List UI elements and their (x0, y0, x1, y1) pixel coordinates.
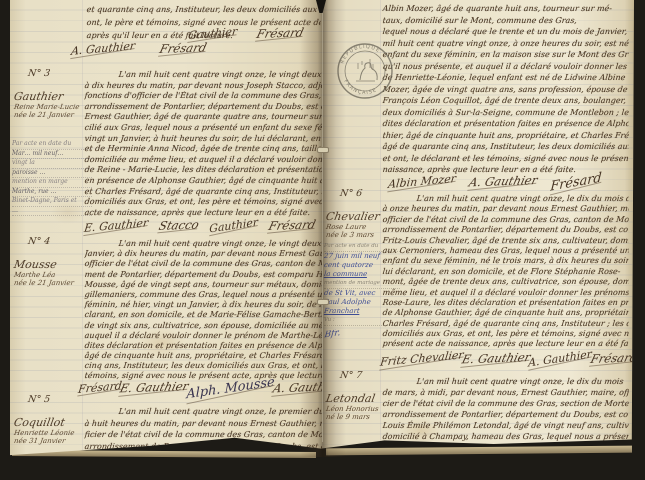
act-3-text: L'an mil huit cent quatre vingt onze, le… (84, 70, 322, 218)
stamp-text-line: mention en marge (12, 178, 92, 188)
signature: Fritz Chevalier (379, 348, 464, 370)
handwriting-line: officier de l'état civil de la commune d… (84, 259, 323, 269)
handwriting-line: domiciliés aux Gras, et ont, les père et… (84, 197, 323, 208)
act-4-text: L'an mil huit cent quatre vingt onze, le… (84, 239, 322, 382)
handwriting-line: aux Cernoniers, hameau des Gras, lequel … (382, 246, 629, 256)
handwriting-line: ment de Pontarlier, département du Doubs… (84, 270, 323, 280)
handwriting-line: officier de l'état civil de la commune d… (382, 215, 629, 225)
act-birth-date: né le 9 mars (325, 413, 394, 421)
signature: Frésard (550, 170, 602, 195)
signatures-row: A. GauthierFrésard (58, 42, 218, 56)
signature: E. Gauthier (83, 216, 149, 236)
handwriting-line: de Reine - Marie-Lucie, les dites déclar… (84, 165, 323, 176)
act-given-name: Léon Honorius (325, 405, 394, 413)
act-6-signatures: Fritz ChevalierE. GauthierA. GauthierFré… (380, 352, 626, 366)
handwriting-line: à dix heures du matin, par devant nous J… (84, 81, 323, 92)
stamp-figure (356, 59, 377, 81)
handwriting-line: à onze heures du matin, par devant nous … (382, 204, 629, 214)
annotation-line: de St Vit, avec (324, 289, 401, 298)
binding-thread (317, 147, 329, 153)
handwriting-line: cier de l'état civil de la commune des G… (382, 398, 629, 409)
handwriting-line: arrondissement de Pontarlier, départemen… (382, 409, 629, 420)
act-birth-date: née le 3 mars (325, 231, 394, 239)
handwriting-line: enfant du sexe féminin, en la maison sis… (382, 49, 629, 61)
handwriting-line: L'an mil huit cent quatre vingt onze, le… (84, 239, 323, 249)
stamp-text-line: Marthe, rue … (12, 188, 92, 198)
signature: A. Gauthier (528, 347, 592, 370)
handwriting-line: deux domiciliés à Sur-la-Seigne, commune… (382, 107, 629, 119)
act-given-name: Marthe Léa (13, 271, 82, 279)
page-stack-edge-right (326, 446, 632, 456)
signature: Frésard (267, 218, 317, 235)
stamp-rim-text-top: RÉPUBLIQUE (339, 44, 381, 65)
act-surname: Letondal (325, 392, 395, 405)
handwriting-line: François Léon Coquillot, âgé de trente d… (382, 95, 629, 107)
spine-crease (322, 8, 323, 442)
handwriting-line: auquel il a déclaré vouloir donner le pr… (84, 331, 323, 341)
binding-thread (317, 299, 329, 305)
margin-label-act-6: N° 6 Chevalier Rose Laure née le 3 mars (326, 188, 394, 239)
handwriting-line: qu'il nous présente, et auquel il a décl… (382, 61, 629, 73)
act-number: N° 5 (13, 394, 83, 405)
margin-label-act-5: N° 5 Coquillot Henriette Léonie née 31 J… (14, 394, 82, 445)
handwriting-line: ficier de l'état civil de la commune des… (84, 429, 323, 441)
handwriting-line: mil huit cent quatre vingt onze, à onze … (382, 38, 629, 50)
act-given-name: Reine Marie-Lucie (13, 103, 82, 111)
act-3-signatures: E. GauthierStaccoGauthierFrésard (78, 219, 320, 233)
annotation-line: la commune (324, 270, 401, 279)
stamp-text-line: paroisse … (12, 169, 92, 179)
handwriting-line: et ont, le déclarant et les témoins, sig… (382, 153, 629, 165)
handwriting-line: Janvier, à dix heures du matin, par deva… (84, 249, 323, 259)
handwriting-line: thier, âgé de cinquante huit ans, propri… (382, 130, 629, 142)
signature: Frésard (589, 351, 639, 368)
handwriting-line: taux, domicilié sur le Mont, commune des… (382, 15, 629, 27)
handwriting-line: Ernest Gauthier, âgé de quarante quatre … (84, 112, 323, 123)
annotation-line: Par acte en date du (324, 242, 400, 252)
act-number: N° 7 (325, 370, 395, 381)
marriage-mention-stamp: Par acte en date duMar… mil neuf…vingt l… (12, 140, 92, 216)
handwriting-line: dites déclaration et présentation faites… (84, 341, 323, 351)
act-5-signatures: Albin MozerA. GauthierFrésard (380, 175, 610, 191)
signature: Stacco (157, 218, 200, 234)
handwriting-line: L'an mil huit cent quatre vingt onze, le… (382, 194, 629, 204)
handwriting-line: âgé de quarante cinq ans, Instituteur, l… (382, 141, 629, 153)
marriage-mention-annotation: Par acte en date du27 juin mil neufcent … (324, 242, 400, 335)
signature: Frésard (77, 379, 122, 397)
handwriting-line: clarant, en son domicile, et de Marie-Fé… (84, 310, 323, 320)
handwriting-line: et Charles Frésard, âgé de quarante cinq… (84, 187, 323, 198)
stamp-text-line: Binet-Dagne, Paris et (12, 197, 92, 207)
act-number: N° 4 (13, 236, 83, 247)
handwriting-line: fonctions d'officier de l'État civil de … (84, 91, 323, 102)
handwriting-line: de Alphonse Gauthier, âgé de cinquante h… (382, 308, 629, 318)
right-page: RÉPUBLIQUE FRANÇAISE Albin Mozer, âgé de… (322, 0, 634, 454)
signature: E. Gauthier (118, 379, 190, 396)
handwriting-line: domiciliés aux Gras, et ont, les père et… (382, 329, 629, 339)
act-7-text: L'an mil huit cent quatre vingt onze, le… (382, 376, 628, 453)
handwriting-line: lui déclarant, en son domicile, et de Fl… (382, 267, 629, 277)
signature: Albin Mozer (387, 172, 457, 192)
stamp-text-line: Par acte en date du (12, 140, 92, 150)
handwriting-line: enfant du sexe féminin, né le trois mars… (382, 256, 629, 266)
act-birth-date: née le 21 Janvier (13, 111, 82, 119)
signature: E. Gauthier (460, 350, 532, 367)
stamp-text-line: … (12, 207, 92, 217)
handwriting-line: et quarante cinq ans, Instituteur, les d… (86, 3, 321, 16)
act-number: N° 3 (13, 68, 83, 79)
handwriting-line: L'an mil huit cent quatre vingt onze, le… (84, 406, 323, 418)
handwriting-line: Fritz-Louis Chevalier, âgé de trente six… (382, 236, 629, 246)
handwriting-line: arrondissement de Pontarlier, départemen… (84, 102, 323, 113)
registry-book-photo: et quarante cinq ans, Instituteur, les d… (0, 0, 645, 480)
signature: Gauthier (209, 216, 258, 237)
act-5-text: L'an mil huit cent quatre vingt onze, le… (84, 406, 322, 452)
act-6-text: L'an mil huit cent quatre vingt onze, le… (382, 194, 628, 350)
annotation-line: mention de mariage (324, 279, 400, 289)
handwriting-line: Albin Mozer, âgé de quarante huit ans, t… (382, 3, 629, 15)
handwriting-line: dites déclaration et présentation faites… (382, 118, 629, 130)
act-surname: Chevalier (325, 210, 395, 223)
handwriting-line: cinq ans, Instituteur, les deux domicili… (84, 361, 323, 371)
handwriting-line: L'an mil huit cent quatre vingt onze, le… (84, 70, 323, 81)
act-surname: Mousse (13, 258, 83, 271)
handwriting-line: lequel nous a déclaré que le trente et u… (382, 26, 629, 38)
annotation-line: cent quatorze (324, 261, 401, 270)
handwriting-line: de vingt six ans, cultivatrice, son épou… (84, 321, 323, 331)
handwriting-line: Mousse, âgé de vingt sept ans, tourneur … (84, 280, 323, 290)
margin-label-act-7: N° 7 Letondal Léon Honorius né le 9 mars (326, 370, 394, 421)
handwriting-line: gillemaniers, commune des Gras, lequel n… (84, 290, 323, 300)
handwriting-line: même lieu, et auquel il a déclaré vouloi… (382, 288, 629, 298)
act-birth-date: née le 21 Janvier (13, 279, 82, 287)
handwriting-line: féminin, né hier, vingt un Janvier, à di… (84, 300, 323, 310)
svg-text:RÉPUBLIQUE: RÉPUBLIQUE (339, 44, 381, 65)
handwriting-line: de mars, à midi, par devant nous, Ernest… (382, 387, 629, 398)
margin-label-act-4: N° 4 Mousse Marthe Léa née le 21 Janvier (14, 236, 82, 287)
handwriting-line: Louis Émile Philémon Letondal, âgé de vi… (382, 420, 629, 431)
handwriting-line: mont, âgée de trente deux ans, cultivatr… (382, 277, 629, 287)
annotation-line: Paul Adolphe (324, 298, 401, 307)
handwriting-line: Charles Frésard, âgé de quarante cinq an… (382, 319, 629, 329)
act-surname: Coquillot (13, 416, 83, 429)
signature: A. Gauthier (70, 39, 136, 59)
act-given-name: Rose Laure (325, 223, 394, 231)
handwriting-line: acte de naissance, après que lecture leu… (84, 208, 323, 219)
margin-label-act-3: N° 3 Gauthier Reine Marie-Lucie née le 2… (14, 68, 82, 119)
signature: Frésard (158, 41, 208, 58)
handwriting-line: à huit heures du matin, par devant nous … (84, 418, 323, 430)
act-number: N° 6 (325, 188, 395, 199)
handwriting-line: présent acte de naissance, après que lec… (382, 339, 629, 349)
handwriting-line: L'an mil huit cent quatre vingt onze, le… (382, 376, 629, 387)
handwriting-line: Mozer, âgée de vingt quatre ans, sans pr… (382, 84, 629, 96)
handwriting-line: domiciliée au même lieu, et auquel il a … (84, 155, 323, 166)
handwriting-line: âgé de cinquante huit ans, propriétaire,… (84, 351, 323, 361)
annotation-line: Franchart (324, 307, 401, 316)
signatures-inline: GauthierFrésard (178, 27, 312, 41)
handwriting-line: de Henriette-Léonie, lequel enfant est n… (382, 72, 629, 84)
act-surname: Gauthier (13, 90, 83, 103)
left-page: et quarante cinq ans, Instituteur, les d… (10, 0, 322, 457)
signature: A. Gauthier (467, 173, 539, 190)
republique-francaise-stamp-icon: RÉPUBLIQUE FRANÇAISE (336, 42, 394, 100)
handwriting-line: vingt un Janvier, à huit heures du soir,… (84, 134, 323, 145)
signature: Frésard (255, 26, 305, 43)
act-birth-date: née 31 Janvier (13, 437, 82, 445)
handwriting-line: et de Herminie Anna Nicod, âgée de trent… (84, 144, 323, 155)
act-given-name: Henriette Léonie (13, 429, 82, 437)
act-5-continuation-text: Albin Mozer, âgé de quarante huit ans, t… (382, 3, 628, 176)
handwriting-line: en présence de Alphonse Gauthier, âgé de… (84, 176, 323, 187)
handwriting-line: arrondissement de Pontarlier, départemen… (382, 225, 629, 235)
handwriting-line: cilié aux Gras, lequel nous a présenté u… (84, 123, 323, 134)
annotation-line: 27 juin mil neuf (324, 252, 401, 261)
stamp-text-line: vingt la (12, 159, 92, 169)
handwriting-line: domicilié à Champay, hameau des Gras, le… (382, 431, 629, 442)
handwriting-line: Rose-Laure, les dites déclaration et pré… (382, 298, 629, 308)
act-4-signatures: FrésardE. GauthierAlph. MousseA. Gauthie… (78, 381, 320, 397)
stamp-text-line: Mar… mil neuf… (12, 150, 92, 160)
